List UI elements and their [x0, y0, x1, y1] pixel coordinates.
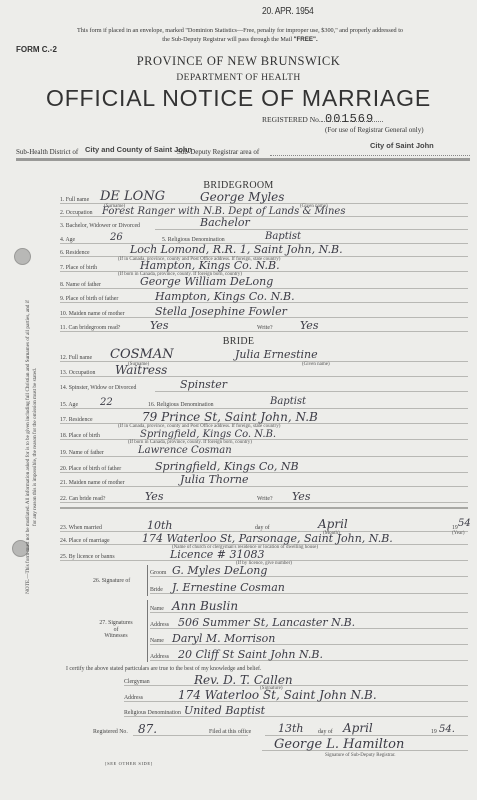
witness1-name-row: Name Ann Buslin — [150, 601, 468, 613]
registration-row: Registered No. 87. Filed at this office … — [93, 724, 468, 736]
filed-year: 54. — [439, 724, 455, 735]
bride-heading: BRIDE — [0, 336, 477, 347]
registrar-signature-row: George L. Hamilton — [262, 739, 468, 751]
bride-residence-row: 17. Residence 79 Prince St, Saint John, … — [60, 412, 468, 424]
groom-denomination: Baptist — [265, 231, 301, 242]
bride-age: 22 — [100, 397, 113, 408]
bride-age-row: 15. Age 22 16. Religious Denomination Ba… — [60, 397, 468, 409]
marriage-day: 10th — [147, 519, 173, 532]
witness1-name: Ann Buslin — [172, 599, 238, 613]
marriage-year: 54 — [458, 518, 471, 529]
groom-status: Bachelor — [200, 216, 250, 229]
department-heading: DEPARTMENT OF HEALTH — [0, 73, 477, 83]
sub-health-district-label: Sub-Health District of — [16, 148, 78, 156]
filed-day: 13th — [278, 722, 304, 735]
mail-note: This form if placed in an envelope, mark… — [10, 26, 470, 44]
marriage-month: April — [318, 517, 348, 531]
groom-given-names: George Myles — [200, 190, 284, 204]
groom-age: 26 — [110, 232, 123, 243]
groom-birthplace-row: 7. Place of birth Hampton, Kings Co. N.B… — [60, 260, 468, 272]
witness2-name: Daryl M. Morrison — [172, 632, 275, 645]
bride-mother-row: 21. Maiden name of mother Julia Thorne — [60, 475, 468, 487]
sub-deputy-area-value: City of Saint John — [370, 141, 434, 150]
bride-status: Spinster — [180, 378, 227, 391]
bride-denomination: Baptist — [270, 396, 306, 407]
punch-hole-top — [14, 248, 31, 265]
groom-residence-row: 6. Residence Loch Lomond, R.R. 1, Saint … — [60, 245, 468, 257]
province-heading: PROVINCE OF NEW BRUNSWICK — [0, 54, 477, 69]
groom-father-birthplace-row: 9. Place of birth of father Hampton, Kin… — [60, 291, 468, 303]
witness2-name-row: Name Daryl M. Morrison — [150, 633, 468, 645]
groom-can-read: Yes — [150, 319, 168, 332]
registrar-caption: Signature of Sub-Deputy Registrar. — [325, 753, 396, 758]
clergyman-address-row: Address 174 Waterloo St, Saint John N.B. — [124, 690, 468, 702]
groom-surname: DE LONG — [100, 189, 165, 204]
registrar-signature: George L. Hamilton — [274, 737, 404, 752]
bride-occupation-row: 13. Occupation Waitress — [60, 365, 468, 377]
bride-surname: COSMAN — [110, 347, 174, 362]
licence-row: 25. By licence or banns Licence # 31083 — [60, 549, 468, 561]
bride-father: Lawrence Cosman — [138, 445, 232, 456]
signature-bracket — [147, 565, 148, 596]
form-number: FORM C.-2 — [16, 45, 57, 54]
witness1-address: 506 Summer St, Lancaster N.B. — [178, 616, 355, 629]
bride-status-row: 14. Spinster, Widow or Divorced Spinster — [60, 380, 468, 392]
bride-occupation: Waitress — [115, 363, 167, 377]
groom-status-row: 3. Bachelor, Widower or Divorced Bachelo… — [60, 218, 468, 230]
mail-note-line1: This form if placed in an envelope, mark… — [10, 26, 470, 35]
bride-father-birthplace-row: 20. Place of birth of father Springfield… — [60, 461, 468, 473]
groom-father: George William DeLong — [140, 275, 273, 288]
document-title: OFFICIAL NOTICE OF MARRIAGE — [0, 85, 477, 112]
groom-literacy-row: 11. Can bridegroom read? Yes Write? Yes — [60, 320, 468, 332]
groom-signature-row: Groom G. Myles DeLong — [150, 565, 468, 577]
clergyman-denomination: United Baptist — [184, 704, 265, 717]
bride-birthplace: Springfield, Kings Co. N.B. — [140, 429, 276, 440]
bride-father-birthplace: Springfield, Kings Co, NB — [155, 460, 299, 473]
bride-can-write: Yes — [292, 490, 310, 503]
groom-occupation-row: 2. Occupation Forest Ranger with N.B. De… — [60, 205, 468, 217]
bride-father-row: 19. Name of father Lawrence Cosman — [60, 445, 468, 457]
mail-note-free: "FREE". — [294, 36, 318, 43]
when-married-row: 23. When married 10th day of April 19 54 — [60, 520, 468, 532]
local-registered-number: 87. — [138, 722, 157, 736]
bride-signature: J. Ernestine Cosman — [172, 581, 285, 594]
mail-note-line2: the Sub-Deputy Registrar will pass throu… — [162, 36, 292, 43]
groom-mother: Stella Josephine Fowler — [155, 305, 287, 318]
witness1-address-row: Address 506 Summer St, Lancaster N.B. — [150, 617, 468, 629]
sub-deputy-area-label: Sub-Deputy Registrar area of — [177, 148, 259, 156]
filed-month: April — [343, 721, 373, 735]
witness2-address: 20 Cliff St Saint John N.B. — [178, 648, 323, 661]
witness2-address-row: Address 20 Cliff St Saint John N.B. — [150, 649, 468, 661]
groom-father-birthplace: Hampton, Kings Co. N.B. — [155, 290, 295, 303]
clergyman-row: Clergyman Rev. D. T. Callen — [124, 674, 468, 686]
place-of-marriage-row: 24. Place of marriage 174 Waterloo St, P… — [60, 533, 468, 545]
witness-bracket — [147, 600, 148, 662]
bride-birthplace-row: 18. Place of birth Springfield, Kings Co… — [60, 428, 468, 440]
date-stamp: 20. APR. 1954 — [262, 6, 314, 17]
groom-signature: G. Myles DeLong — [172, 564, 267, 577]
marriage-place: 174 Waterloo St, Parsonage, Saint John, … — [142, 532, 393, 545]
bride-full-name-row: 12. Full name COSMAN Julia Ernestine — [60, 350, 468, 362]
clergyman-signature: Rev. D. T. Callen — [194, 673, 293, 687]
see-other-side: [SEE OTHER SIDE] — [105, 761, 153, 766]
witnesses-label: 27. SignaturesofWitnesses — [92, 620, 140, 640]
sub-deputy-dotline — [270, 155, 470, 156]
groom-residence: Loch Lomond, R.R. 1, Saint John, N.B. — [130, 243, 343, 256]
certification-statement: I certify the above stated particulars a… — [66, 666, 261, 672]
groom-full-name-row: 1. Full name DE LONG George Myles — [60, 192, 468, 204]
groom-birthplace: Hampton, Kings Co. N.B. — [140, 259, 280, 272]
clergyman-address: 174 Waterloo St, Saint John N.B. — [178, 688, 377, 702]
marriage-divider — [60, 507, 468, 509]
groom-can-write: Yes — [300, 319, 318, 332]
signature-label: 26. Signature of — [93, 578, 130, 584]
bride-signature-row: Bride J. Ernestine Cosman — [150, 582, 468, 594]
bride-can-read: Yes — [145, 490, 163, 503]
registered-note: (For use of Registrar General only) — [325, 126, 424, 134]
bride-mother: Julia Thorne — [180, 473, 248, 486]
bride-residence: 79 Prince St, Saint John, N.B — [142, 410, 318, 424]
registered-number: 001569 — [325, 112, 374, 126]
groom-mother-row: 10. Maiden name of mother Stella Josephi… — [60, 306, 468, 318]
clergyman-denomination-row: Religious Denomination United Baptist — [124, 705, 468, 717]
groom-father-row: 8. Name of father George William DeLong — [60, 277, 468, 289]
header-divider — [16, 158, 470, 161]
bride-given-names: Julia Ernestine — [235, 348, 318, 361]
licence-number: Licence # 31083 — [170, 548, 264, 561]
bride-literacy-row: 22. Can bride read? Yes Write? Yes — [60, 491, 468, 503]
